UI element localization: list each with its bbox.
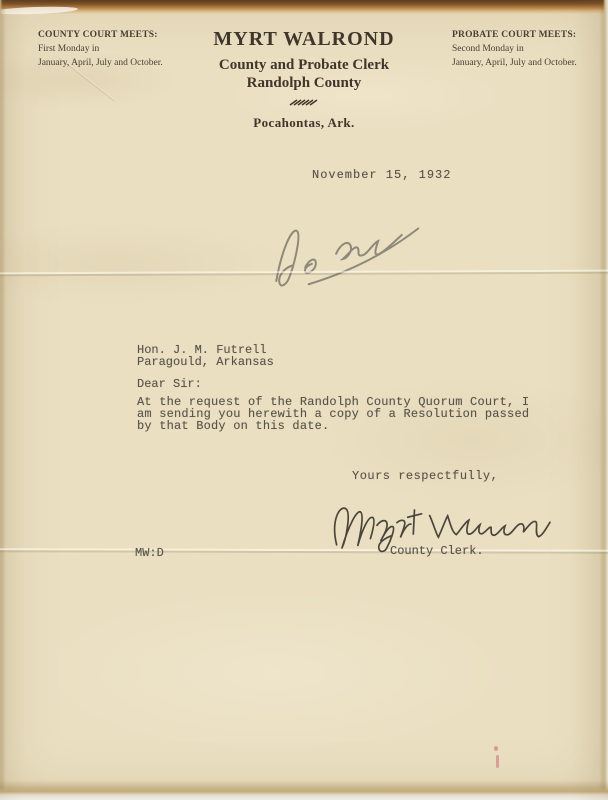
body-line-3: by that Body on this date. (137, 419, 329, 433)
letter-date: November 15, 1932 (312, 168, 451, 182)
red-pencil-mark-dash (496, 755, 499, 768)
letterhead-ornament (0, 94, 608, 112)
letterhead-name: MYRT WALROND (0, 28, 608, 51)
typist-initials: MW:D (135, 546, 164, 560)
salutation: Dear Sir: (137, 377, 202, 391)
letterhead-role-line2: Randolph County (0, 75, 608, 92)
signature-title: County Clerk. (390, 544, 484, 558)
closing-line: Yours respectfully, (352, 469, 498, 483)
ornament-rule-icon (288, 98, 320, 107)
page-top-edge (0, 0, 608, 14)
letterhead-role-line1: County and Probate Clerk (0, 57, 608, 74)
red-pencil-mark-dot (494, 746, 498, 751)
recipient-city: Paragould, Arkansas (137, 355, 274, 369)
fold-crease-lower (0, 548, 608, 554)
handwritten-note (249, 205, 440, 299)
scanned-letter-page: COUNTY COURT MEETS: First Monday in Janu… (0, 0, 608, 800)
letterhead-city: Pocahontas, Ark. (0, 115, 608, 131)
page-bottom-edge (0, 780, 608, 800)
